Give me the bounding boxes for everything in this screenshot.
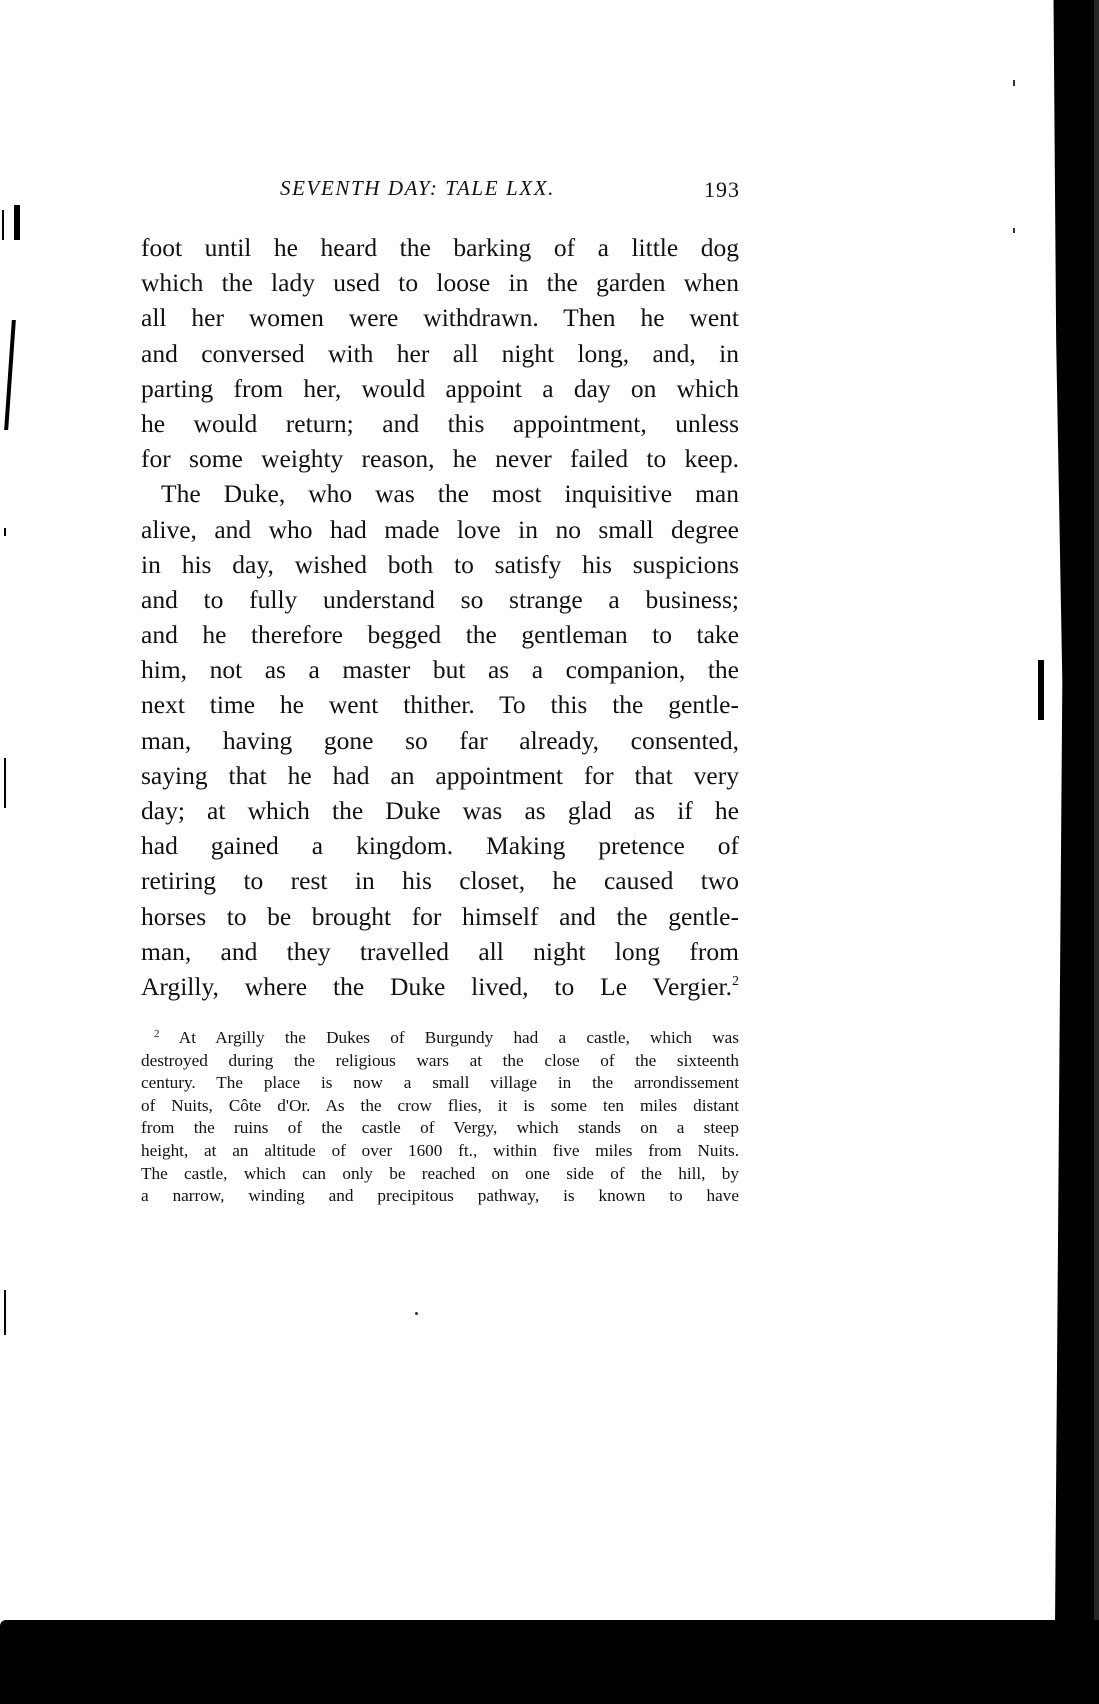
scan-streak [1058,1450,1061,1590]
scan-right-edge [1092,0,1099,1704]
footnote: 2 At Argilly the Dukes of Burgundy had a… [141,1027,739,1208]
body-line: foot until he heard the barking of a lit… [141,230,739,265]
scan-speck [1013,80,1015,86]
body-line: in his day, wished both to satisfy his s… [141,547,739,582]
body-line: and he therefore begged the gentleman to… [141,617,739,652]
page-number: 193 [704,177,740,203]
footnote-reference: 2 [732,974,739,989]
running-header: SEVENTH DAY: TALE LXX. 193 [140,176,740,206]
body-line: him, not as a master but as a companion,… [141,652,739,687]
footnote-line: from the ruins of the castle of Vergy, w… [141,1117,739,1140]
scanned-book-page: SEVENTH DAY: TALE LXX. 193 foot until he… [0,0,1099,1704]
scan-mark [4,528,6,536]
scan-mark [2,210,4,240]
body-line: man, having gone so far already, consent… [141,723,739,758]
body-text: foot until he heard the barking of a lit… [141,230,739,1004]
scan-streak [1038,660,1044,720]
footnote-line: century. The place is now a small villag… [141,1072,739,1095]
body-line: all her women were withdrawn. Then he we… [141,300,739,335]
paragraph-start-line: The Duke, who was the most inquisitive m… [141,476,739,511]
scan-streak [1070,1445,1092,1625]
scan-speck [1013,228,1015,233]
body-line: he would return; and this appointment, u… [141,406,739,441]
body-line: for some weighty reason, he never failed… [141,441,739,476]
body-line: saying that he had an appointment for th… [141,758,739,793]
footnote-line: destroyed during the religious wars at t… [141,1050,739,1073]
scan-bottom-border [0,1620,1099,1704]
body-line: alive, and who had made love in no small… [141,512,739,547]
scan-speck [415,1312,418,1315]
body-line: retiring to rest in his closet, he cause… [141,863,739,898]
body-line: and conversed with her all night long, a… [141,336,739,371]
body-last-line: Argilly, where the Duke lived, to Le Ver… [141,969,739,1004]
body-line: man, and they travelled all night long f… [141,934,739,969]
footnote-line: The castle, which can only be reached on… [141,1163,739,1186]
footnote-line: height, at an altitude of over 1600 ft.,… [141,1140,739,1163]
scan-mark [4,758,6,808]
footnote-marker: 2 [154,1028,160,1040]
body-line: next time he went thither. To this the g… [141,687,739,722]
scan-mark [4,1290,6,1335]
footnote-first-line: 2 At Argilly the Dukes of Burgundy had a… [141,1027,739,1050]
body-line-text: Argilly, where the Duke lived, to Le Ver… [141,972,732,1001]
running-title: SEVENTH DAY: TALE LXX. [280,176,555,201]
body-line: had gained a kingdom. Making pretence of [141,828,739,863]
body-line: horses to be brought for himself and the… [141,899,739,934]
body-line: day; at which the Duke was as glad as if… [141,793,739,828]
scan-mark [4,320,16,430]
scan-mark [14,205,20,240]
footnote-line: of Nuits, Côte d'Or. As the crow flies, … [141,1095,739,1118]
footnote-line: a narrow, winding and precipitous pathwa… [141,1185,739,1208]
body-line: and to fully understand so strange a bus… [141,582,739,617]
footnote-text: At Argilly the Dukes of Burgundy had a c… [179,1028,739,1047]
body-line: parting from her, would appoint a day on… [141,371,739,406]
body-line: which the lady used to loose in the gard… [141,265,739,300]
